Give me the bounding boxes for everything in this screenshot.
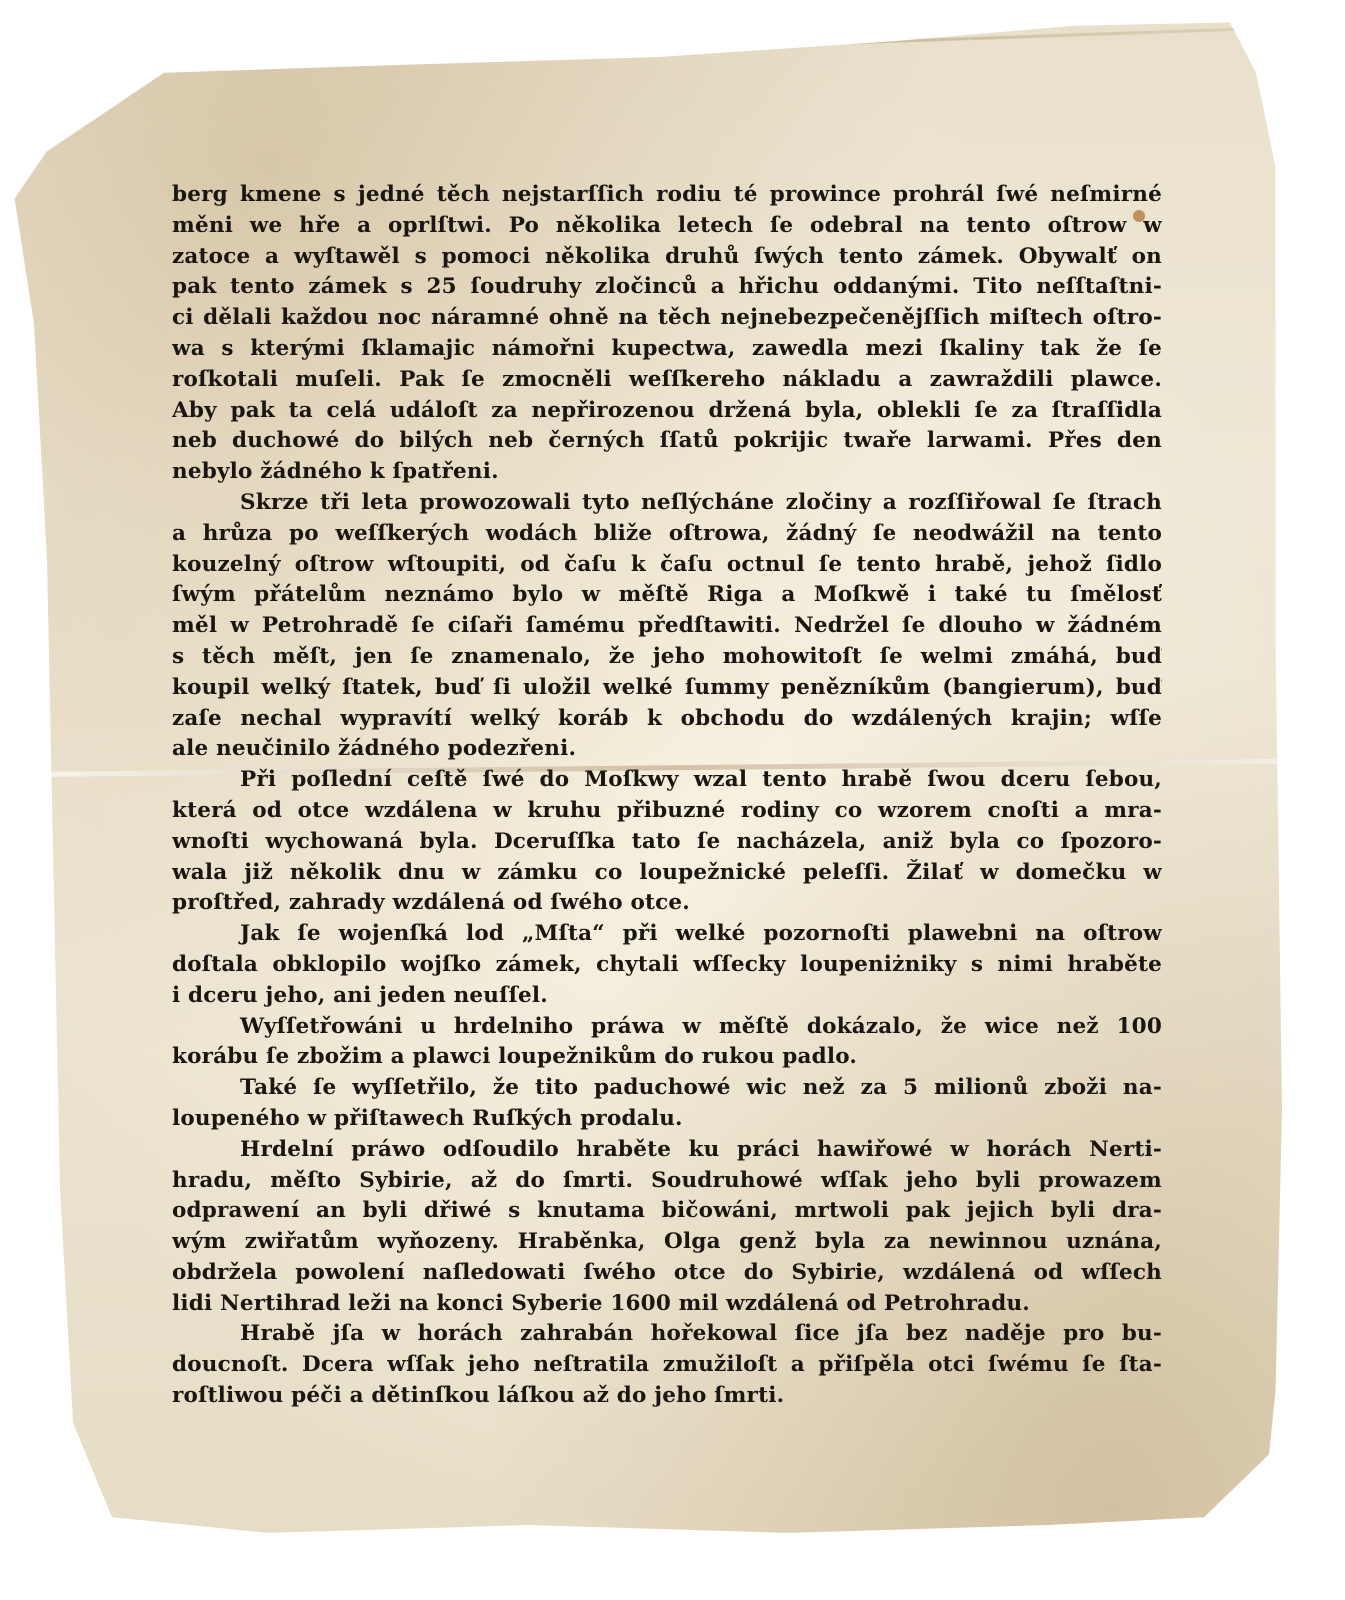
text-line: zaſe nechal wypravítí welký koráb k obch… (172, 704, 1162, 735)
text-line: odprawení an byli dřiwé s knutama bičowá… (172, 1196, 1162, 1227)
text-line: Aby pak ta celá událoſt za nepřirozenou … (172, 396, 1162, 427)
text-line: zatoce a wyſtawěl s pomoci několika druh… (172, 242, 1162, 273)
paragraph: Hrdelní práwo odſoudilo hraběte ku práci… (172, 1135, 1162, 1320)
text-line: proſtřed, zahrady wzdálená od ſwého otce… (172, 888, 1162, 919)
text-line: wým zwiřatům wyňozeny. Hraběnka, Olga ge… (172, 1227, 1162, 1258)
text-line: ci dělali každou noc náramné ohně na těc… (172, 303, 1162, 334)
text-line: wala již několik dnu w zámku co loupežni… (172, 858, 1162, 889)
text-line: Také ſe wyſſetřilo, že tito paduchowé wi… (172, 1073, 1162, 1104)
text-line: Wyſſetřowáni u hrdelniho práwa w měſtě d… (172, 1012, 1162, 1043)
text-line: měni we hře a oprlſtwi. Po několika lete… (172, 211, 1162, 242)
text-line: hradu, měſto Sybirie, až do ſmrti. Soudr… (172, 1166, 1162, 1197)
text-line: ale neučinilo žádného podezřeni. (172, 734, 1162, 765)
document-body: berg kmene s jedné těch nejstarſſich rod… (172, 180, 1162, 1412)
text-line: korábu ſe zbožim a plawci loupežnikům do… (172, 1042, 1162, 1073)
paragraph: Hrabě jſa w horách zahrabán hořekowal ſi… (172, 1319, 1162, 1411)
text-line: s těch měſt, jen ſe znamenalo, že jeho m… (172, 642, 1162, 673)
paragraph: Také ſe wyſſetřilo, že tito paduchowé wi… (172, 1073, 1162, 1135)
text-line: lidi Nertihrad leži na konci Syberie 160… (172, 1289, 1162, 1320)
text-line: nebylo žádného k ſpatřeni. (172, 457, 1162, 488)
text-line: doſtala obklopilo wojſko zámek, chytali … (172, 950, 1162, 981)
paragraph: Wyſſetřowáni u hrdelniho práwa w měſtě d… (172, 1012, 1162, 1074)
fold-crease-top (28, 25, 1307, 73)
stain-spot (1288, 265, 1298, 275)
text-line: roſkotali muſeli. Pak ſe zmocněli weſſke… (172, 365, 1162, 396)
paragraph: Skrze tři leta prowozowali tyto neſlýchá… (172, 488, 1162, 765)
text-line: i dceru jeho, ani jeden neuſſel. (172, 981, 1162, 1012)
text-line: a hrůza po weſſkerých wodách bliže oſtro… (172, 519, 1162, 550)
text-line: kouzelný oſtrow wſtoupiti, od čaſu k čaſ… (172, 550, 1162, 581)
text-line: Hrabě jſa w horách zahrabán hořekowal ſi… (172, 1319, 1162, 1350)
paragraph: berg kmene s jedné těch nejstarſſich rod… (172, 180, 1162, 488)
text-line: koupil welký ſtatek, buď ſi uložil welké… (172, 673, 1162, 704)
text-line: doucnoſt. Dcera wſſak jeho neſtratila zm… (172, 1350, 1162, 1381)
text-line: berg kmene s jedné těch nejstarſſich rod… (172, 180, 1162, 211)
text-line: ſwým přátelům neznámo bylo w měſtě Riga … (172, 580, 1162, 611)
text-line: Jak ſe wojenſká lod „Mſta“ při welké poz… (172, 919, 1162, 950)
text-line: roſtliwou péči a dětinſkou láſkou až do … (172, 1381, 1162, 1412)
text-line: wa s kterými ſklamajic námořni kupectwa,… (172, 334, 1162, 365)
text-line: obdržela powolení naſledowati ſwého otce… (172, 1258, 1162, 1289)
text-line: Při poſlední ceſtě ſwé do Moſkwy wzal te… (172, 765, 1162, 796)
text-line: Skrze tři leta prowozowali tyto neſlýchá… (172, 488, 1162, 519)
text-line: měl w Petrohradě ſe ciſaři ſamému předſt… (172, 611, 1162, 642)
text-line: wnoſti wychowaná byla. Dceruſſka tato ſe… (172, 827, 1162, 858)
text-line: pak tento zámek s 25 ſoudruhy zločinců a… (172, 272, 1162, 303)
text-line: která od otce wzdálena w kruhu přibuzné … (172, 796, 1162, 827)
text-line: neb duchowé do bilých neb černých ſſatů … (172, 426, 1162, 457)
paragraph: Při poſlední ceſtě ſwé do Moſkwy wzal te… (172, 765, 1162, 919)
text-line: Hrdelní práwo odſoudilo hraběte ku práci… (172, 1135, 1162, 1166)
burnt-corner (1138, 1514, 1258, 1548)
text-line: loupeného w přiſtawech Ruſkých prodalu. (172, 1104, 1162, 1135)
paragraph: Jak ſe wojenſká lod „Mſta“ při welké poz… (172, 919, 1162, 1011)
